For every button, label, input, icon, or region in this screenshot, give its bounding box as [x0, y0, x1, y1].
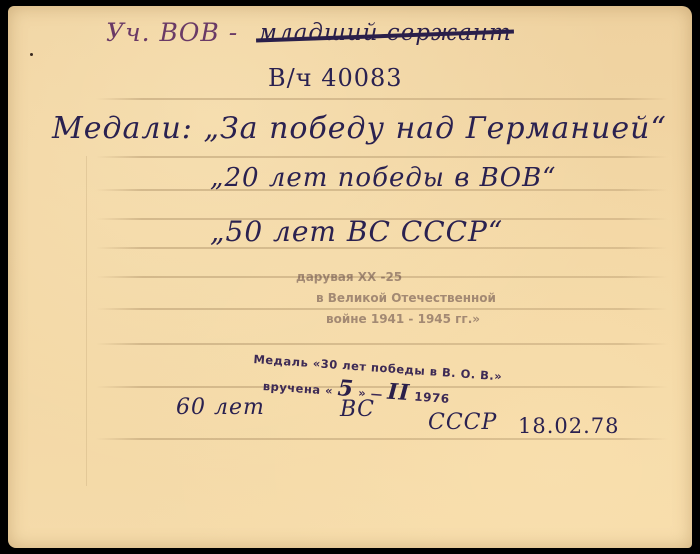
medal-victory-over-germany: „За победу над Германией“ — [203, 111, 666, 146]
award-year: 1976 — [414, 390, 450, 406]
category-label: Уч. ВОВ - — [106, 18, 238, 47]
margin-line — [86, 156, 87, 486]
footer-text-ussr: СССР — [428, 410, 497, 435]
award-month: II — [387, 379, 411, 407]
footer-text-armed-forces: ВС — [340, 397, 375, 422]
faded-stamp-line-3: войне 1941 - 1945 гг.» — [326, 312, 480, 326]
footer-text-60-years: 60 лет — [176, 395, 265, 420]
faded-stamp-line-1: дарувая XX -25 — [296, 270, 402, 284]
faded-stamp-line-2: в Великой Отечественной — [316, 291, 496, 305]
medal-50-years-armed-forces: „50 лет ВС СССР“ — [210, 215, 503, 248]
ruled-line — [96, 438, 668, 440]
award-stamp-label: вручена « — [262, 379, 333, 398]
ruled-line — [96, 98, 668, 100]
ruled-line — [96, 156, 668, 158]
medal-20-years-victory: „20 лет победы в ВОВ“ — [210, 163, 556, 193]
footer-date: 18.02.78 — [518, 414, 620, 438]
crossed-out-text: младший сержант — [258, 20, 512, 46]
medals-line-1: Медали: „За победу над Германией“ — [52, 111, 667, 146]
crossed-out-rank: младший сержант — [258, 20, 512, 46]
ink-spot — [30, 53, 33, 56]
unit-number: В/ч 40083 — [268, 64, 403, 92]
ruled-line — [96, 308, 668, 310]
ruled-line — [96, 343, 668, 345]
medals-intro: Медали: — [52, 111, 193, 146]
